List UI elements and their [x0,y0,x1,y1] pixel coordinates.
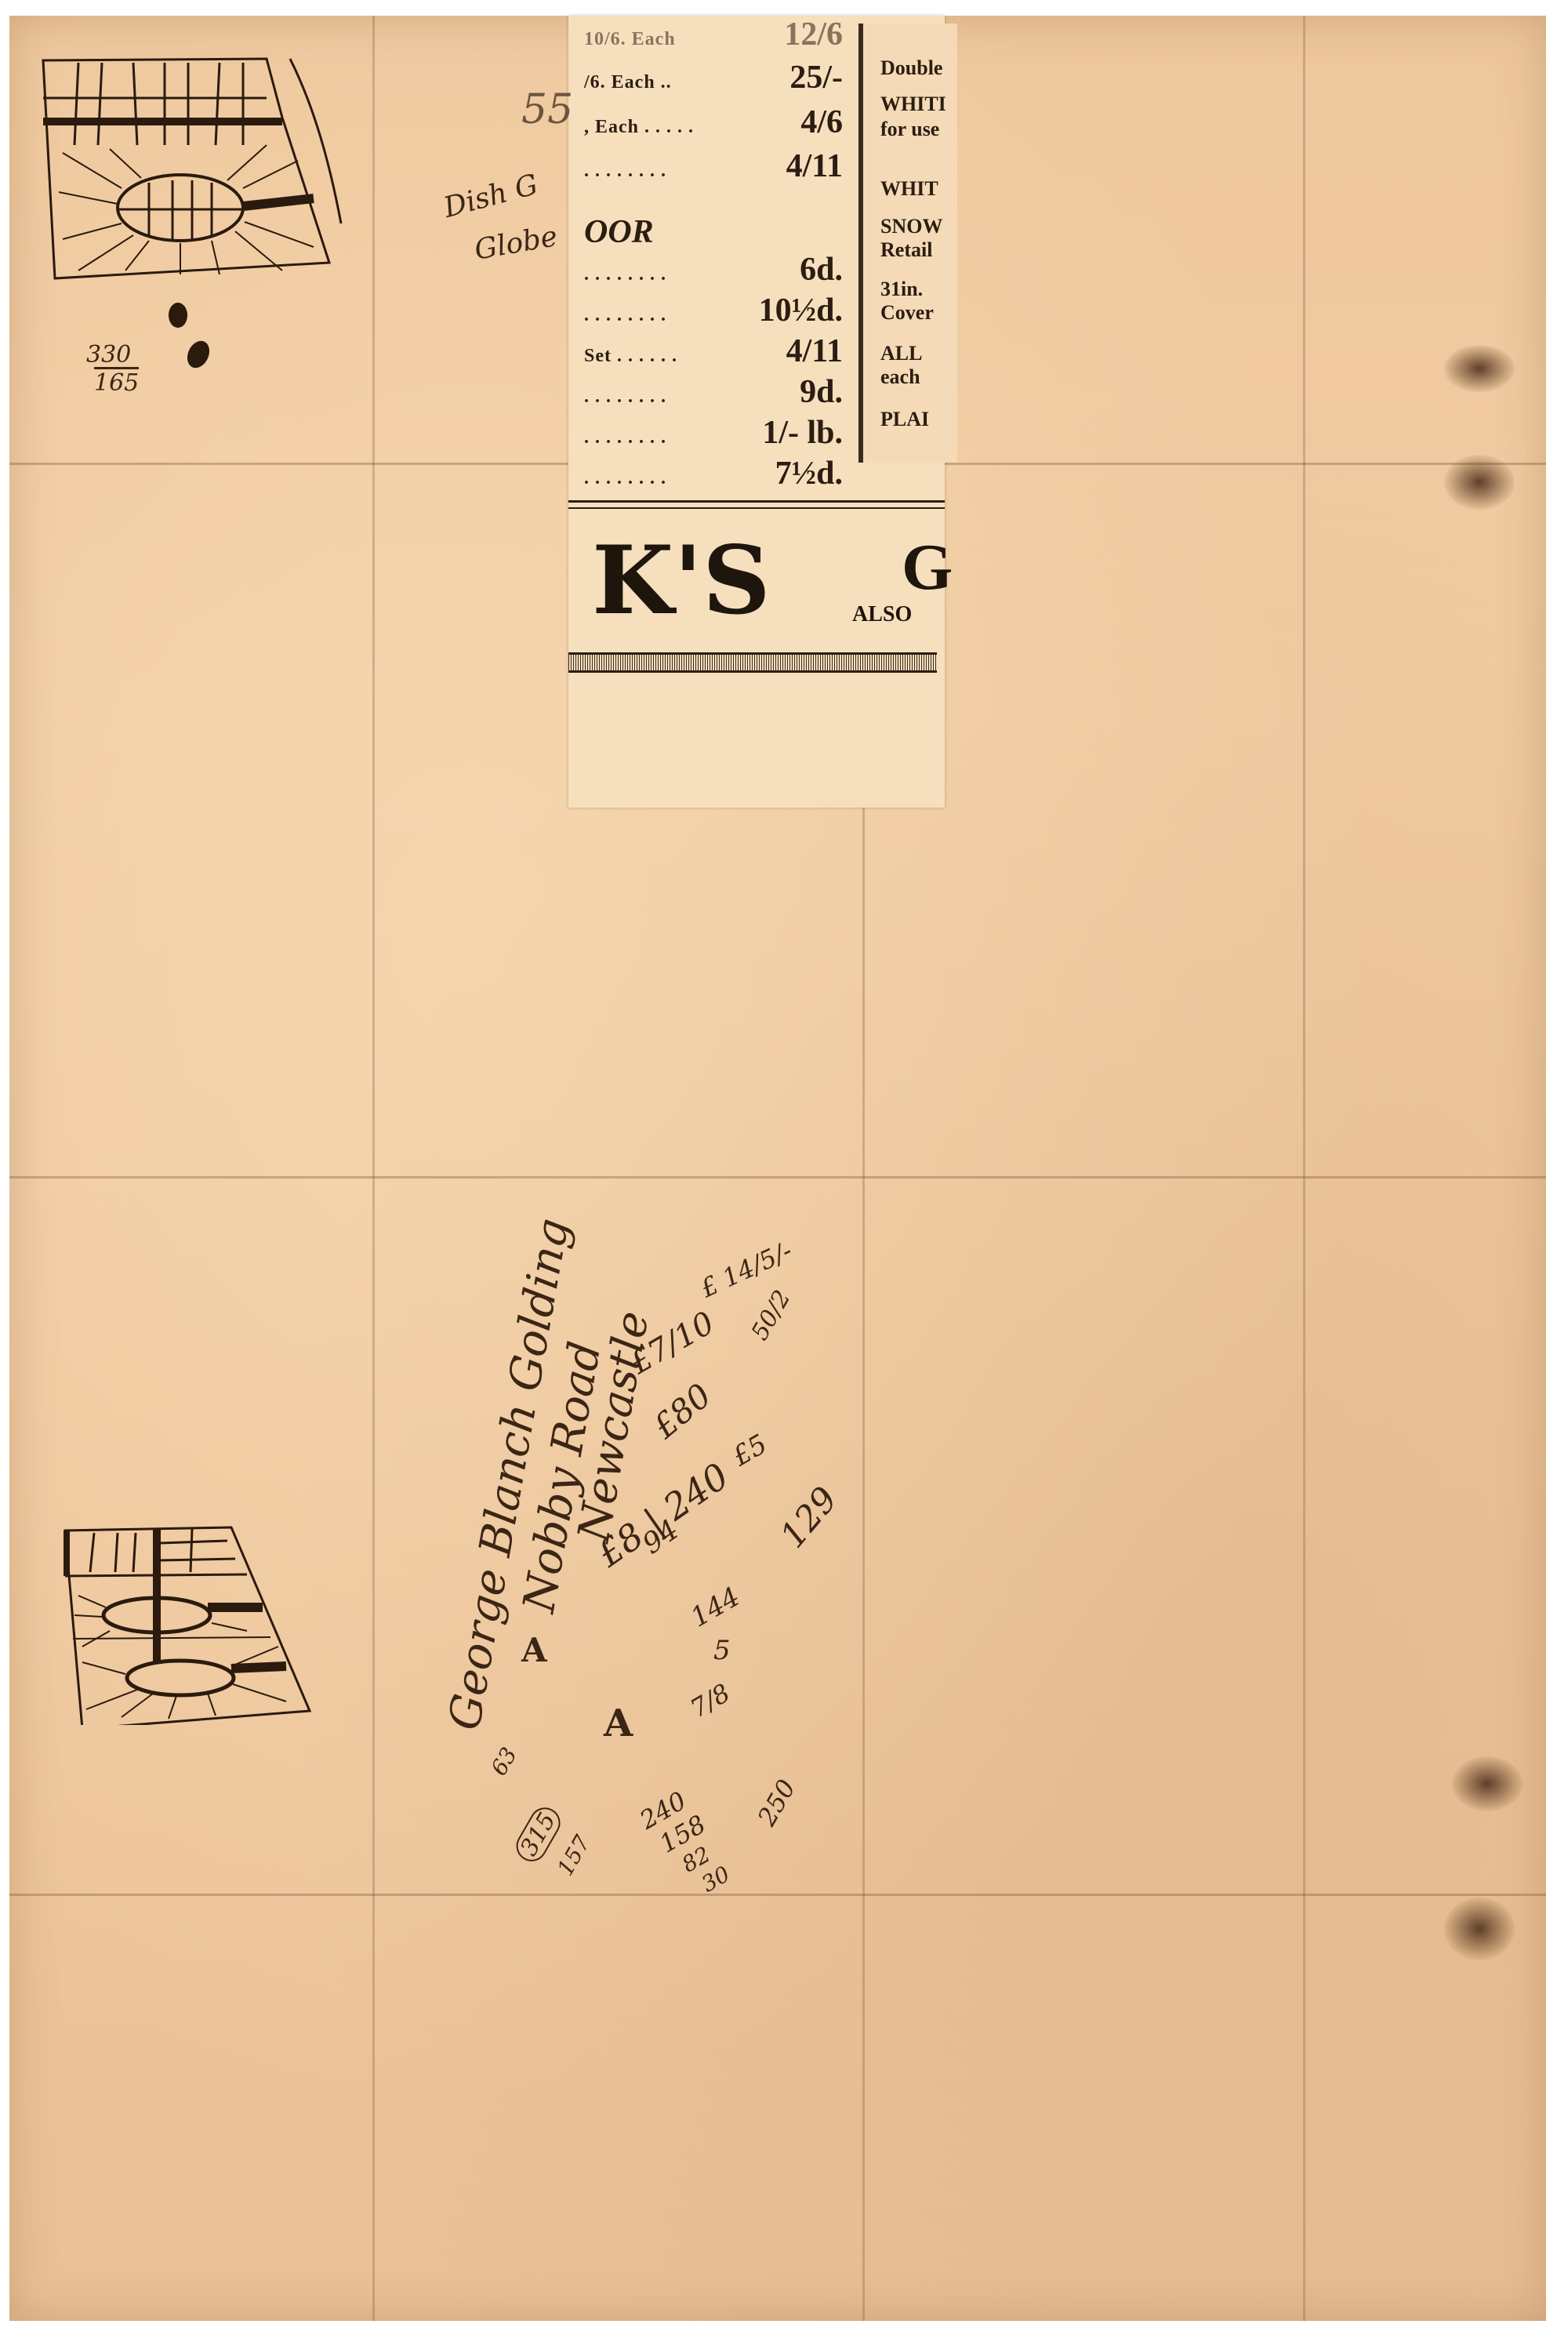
clip-text: Double [880,58,955,78]
hatched-rule [568,652,937,673]
clip-text: each [880,367,955,387]
brand-letter: G [902,529,953,605]
rule [568,500,945,509]
fraction-denominator: 165 [94,367,139,397]
price-row: . . . . . . . . 9d. [584,373,843,411]
price-row: . . . . . . . . 10½d. [584,292,843,329]
fold-line [9,1894,1546,1896]
price-row: . . . . . . . . 7½d. [584,455,843,492]
calc-mark: A [604,1701,633,1745]
stain [1444,345,1515,392]
fold-line [1303,16,1305,2321]
fold-line [372,16,375,2321]
clip-text: WHIT [880,179,955,199]
clipping-right-column: Double WHITI for use WHIT SNOW Retail 31… [858,24,957,463]
clip-text: Cover [880,303,955,323]
price-row-partial: 10/6. Each 12/6 [584,16,843,53]
calc: 5 [713,1635,731,1666]
brand-fragment: K'S [592,525,771,636]
stain [1452,1756,1523,1811]
brand-sub: ALSO [852,602,912,627]
price-row: . . . . . . . . 6d. [584,251,843,289]
stain [1444,1897,1515,1960]
fold-line [9,1176,1546,1178]
fraction-numerator: 330 [86,341,131,369]
section-heading: OOR [584,213,654,251]
clip-text: WHITI [880,94,955,114]
clip-text: PLAI [880,409,955,430]
sketch-bottom-left [51,1505,318,1725]
price-row: . . . . . . . . 1/- lb. [584,414,843,452]
ink-blot-icon [161,298,223,376]
clip-text: ALL [880,343,955,364]
price-row: /6. Each .. 25/- [584,59,843,96]
sketch-top-left [31,43,361,294]
price-row: Set . . . . . . 4/11 [584,332,843,370]
price-row: . . . . . . . . 4/11 [584,147,843,185]
clip-text: 31in. [880,279,955,300]
clip-text: for use [880,119,955,140]
clip-text: SNOW [880,216,955,237]
handwritten-number: 55 [521,86,573,133]
clip-text: Retail [880,240,955,260]
price-row: , Each . . . . . 4/6 [584,103,843,141]
calc-mark: A [521,1631,547,1669]
stain [1444,455,1515,510]
